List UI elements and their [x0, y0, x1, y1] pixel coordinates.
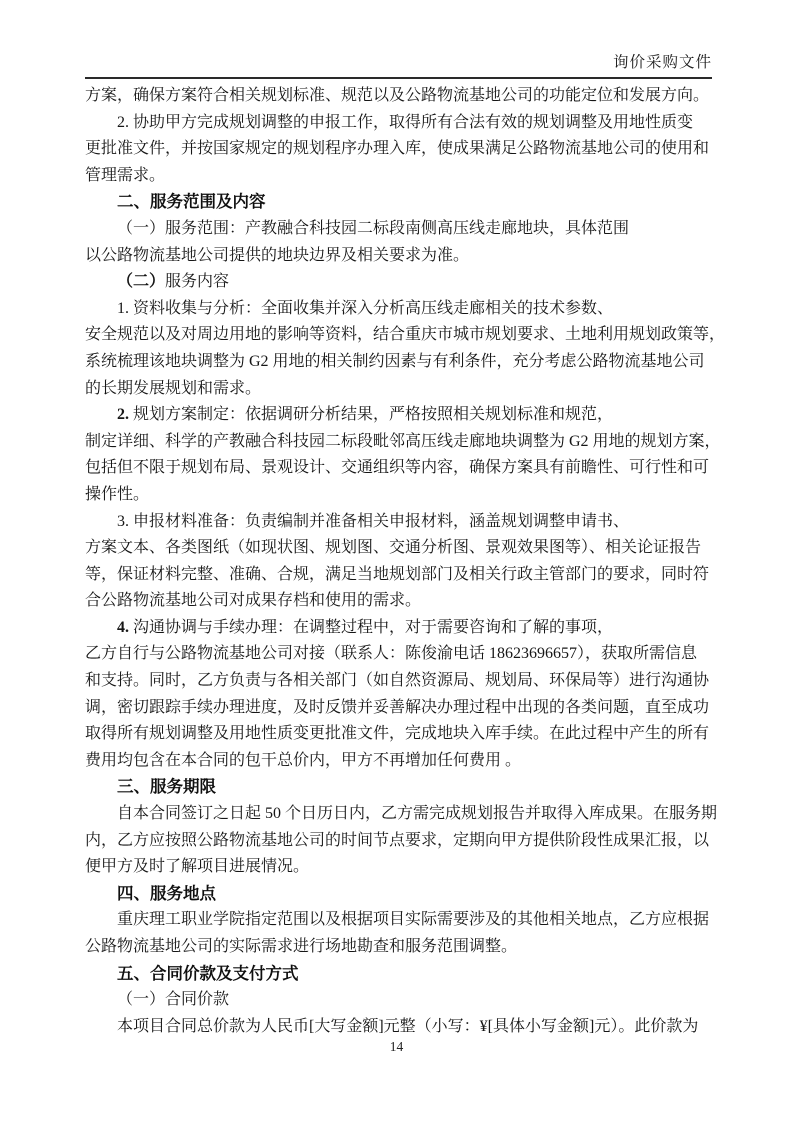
text-line: 等，保证材料完整、准确、合规，满足当地规划部门及相关行政主管部门的要求，同时符	[85, 562, 713, 589]
text-line: 取得所有规划调整及用地性质变更批准文件，完成地块入库手续。在此过程中产生的所有	[85, 721, 713, 748]
text-line: 乙方自行与公路物流基地公司对接（联系人：陈俊渝电话 18623696657），获…	[85, 641, 713, 668]
text-line: 合公路物流基地公司对成果存档和使用的需求。	[85, 588, 713, 615]
section-heading: 二、服务范围及内容	[85, 189, 713, 216]
page-number: 14	[390, 1039, 404, 1054]
page-footer: 14	[0, 1038, 793, 1056]
text-line: 方案，确保方案符合相关规划标准、规范以及公路物流基地公司的功能定位和发展方向。	[85, 83, 713, 110]
text-line: 费用均包含在本合同的包干总价内，甲方不再增加任何费用 。	[85, 748, 713, 775]
text-line: 方案文本、各类图纸（如现状图、规划图、交通分析图、景观效果图等）、相关论证报告	[85, 535, 713, 562]
bold-list-prefix: 2.	[117, 406, 129, 423]
text-line: 管理需求。	[85, 163, 713, 190]
text-line: 本项目合同总价款为人民币[大写金额]元整（小写：¥[具体小写金额]元）。此价款为	[85, 1014, 713, 1041]
document-body: 方案，确保方案符合相关规划标准、规范以及公路物流基地公司的功能定位和发展方向。2…	[85, 83, 713, 1040]
text-line: 安全规范以及对周边用地的影响等资料，结合重庆市城市规划要求、土地利用规划政策等，	[85, 322, 713, 349]
section-heading: 四、服务地点	[85, 881, 713, 908]
text-line: 公路物流基地公司的实际需求进行场地勘查和服务范围调整。	[85, 934, 713, 961]
text-line: （一）合同价款	[85, 987, 713, 1014]
text-line: 包括但不限于规划布局、景观设计、交通组织等内容，确保方案具有前瞻性、可行性和可	[85, 455, 713, 482]
line-text: 规划方案制定：依据调研分析结果，严格按照相关规划标准和规范，	[129, 406, 613, 423]
bold-list-prefix: 4.	[117, 619, 129, 636]
header-title: 询价采购文件	[613, 54, 712, 71]
text-line: 调，密切跟踪手续办理进度，及时反馈并妥善解决办理过程中出现的各类问题，直至成功	[85, 695, 713, 722]
line-text: 服务内容	[165, 273, 229, 290]
text-line: 内，乙方应按照公路物流基地公司的时间节点要求，定期向甲方提供阶段性成果汇报，以	[85, 828, 713, 855]
text-line: 2. 协助甲方完成规划调整的申报工作，取得所有合法有效的规划调整及用地性质变	[85, 110, 713, 137]
text-line: 更批准文件，并按国家规定的规划程序办理入库，使成果满足公路物流基地公司的使用和	[85, 136, 713, 163]
text-line: 3. 申报材料准备：负责编制并准备相关申报材料，涵盖规划调整申请书、	[85, 509, 713, 536]
header-rule	[85, 77, 712, 79]
text-line: （二）服务内容	[85, 269, 713, 296]
bold-list-prefix: （二）	[117, 273, 165, 290]
text-line: 2. 规划方案制定：依据调研分析结果，严格按照相关规划标准和规范，	[85, 402, 713, 429]
text-line: 重庆理工职业学院指定范围以及根据项目实际需要涉及的其他相关地点，乙方应根据	[85, 907, 713, 934]
text-line: （一）服务范围：产教融合科技园二标段南侧高压线走廊地块，具体范围	[85, 216, 713, 243]
text-line: 操作性。	[85, 482, 713, 509]
text-line: 以公路物流基地公司提供的地块边界及相关要求为准。	[85, 243, 713, 270]
section-heading: 五、合同价款及支付方式	[85, 961, 713, 988]
text-line: 自本合同签订之日起 50 个日历日内，乙方需完成规划报告并取得入库成果。在服务期	[85, 801, 713, 828]
text-line: 便甲方及时了解项目进展情况。	[85, 854, 713, 881]
text-line: 1. 资料收集与分析：全面收集并深入分析高压线走廊相关的技术参数、	[85, 296, 713, 323]
document-page: 询价采购文件 方案，确保方案符合相关规划标准、规范以及公路物流基地公司的功能定位…	[0, 0, 793, 1122]
section-heading: 三、服务期限	[85, 774, 713, 801]
text-line: 4. 沟通协调与手续办理：在调整过程中，对于需要咨询和了解的事项，	[85, 615, 713, 642]
line-text: 沟通协调与手续办理：在调整过程中，对于需要咨询和了解的事项，	[129, 619, 613, 636]
text-line: 系统梳理该地块调整为 G2 用地的相关制约因素与有利条件，充分考虑公路物流基地公…	[85, 349, 713, 376]
text-line: 制定详细、科学的产教融合科技园二标段毗邻高压线走廊地块调整为 G2 用地的规划方…	[85, 429, 713, 456]
page-header: 询价采购文件	[85, 50, 712, 72]
text-line: 的长期发展规划和需求。	[85, 376, 713, 403]
text-line: 和支持。同时，乙方负责与各相关部门（如自然资源局、规划局、环保局等）进行沟通协	[85, 668, 713, 695]
